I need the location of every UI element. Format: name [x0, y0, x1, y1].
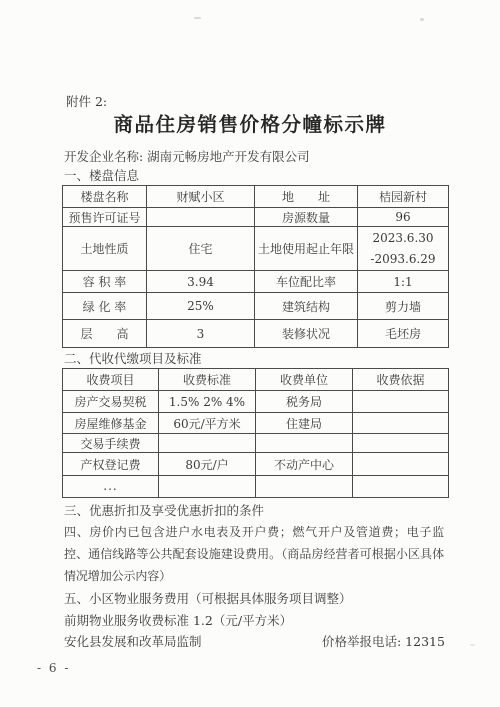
cell-label: 地 址	[255, 186, 358, 208]
cell-label: 预售许可证号	[63, 208, 147, 227]
developer-name-line: 开发企业名称: 湖南元畅房地产开发有限公司	[64, 147, 310, 165]
scan-speck	[194, 17, 201, 19]
section3-heading: 三、优惠折扣及享受优惠折扣的条件	[64, 501, 264, 519]
property-fee-standard-line: 前期物业服务收费标准 1.2（元/平方米）	[64, 611, 292, 629]
cell-label: 装修状况	[255, 320, 358, 348]
cell-value	[147, 208, 255, 227]
cell-label: 层 高	[63, 320, 147, 348]
cell-label: 房源数量	[255, 208, 358, 227]
fee-item: 交易手续费	[63, 434, 159, 453]
table-header-row: 收费项目 收费标准 收费单位 收费依据	[63, 369, 449, 391]
table-row: ...	[63, 476, 449, 498]
price-report-hotline: 价格举报电话: 12315	[322, 632, 445, 650]
section5-heading: 五、小区物业服务费用（可根据具体服务项目调整）	[64, 589, 352, 607]
cell-label: 土地性质	[63, 227, 147, 271]
table-row: 房屋维修基金 60元/平方米 住建局	[63, 413, 449, 434]
page-title: 商品住房销售价格分幢标示牌	[0, 109, 500, 137]
fee-table: 收费项目 收费标准 收费单位 收费依据 房产交易契税 1.5% 2% 4% 税务…	[62, 368, 449, 498]
cell-label: 绿 化 率	[63, 293, 147, 320]
table-row: 预售许可证号 房源数量 96	[63, 208, 449, 227]
cell-value: 毛坯房	[358, 320, 449, 348]
cell-value: 25%	[147, 293, 255, 320]
fee-standard	[159, 476, 256, 498]
cell-value: 财赋小区	[147, 186, 255, 208]
column-header: 收费单位	[256, 369, 353, 391]
fee-standard: 60元/平方米	[159, 413, 256, 434]
fee-basis	[353, 476, 449, 498]
fee-basis	[353, 453, 449, 476]
fee-basis	[353, 413, 449, 434]
scan-speck	[470, 644, 475, 646]
table-row: 土地性质 住宅 土地使用起止年限 2023.6.30 -2093.6.29	[63, 227, 449, 271]
fee-item: 房屋维修基金	[63, 413, 159, 434]
fee-item-ellipsis: ...	[63, 476, 159, 498]
land-term-line1: 2023.6.30	[360, 228, 446, 249]
table-row: 绿 化 率 25% 建筑结构 剪力墙	[63, 293, 449, 320]
fee-basis	[353, 391, 449, 413]
cell-value: 96	[358, 208, 449, 227]
column-header: 收费依据	[353, 369, 449, 391]
cell-value: 1:1	[358, 271, 449, 293]
fee-unit	[256, 434, 353, 453]
fee-unit	[256, 476, 353, 498]
scanned-document-page: 附件 2: 商品住房销售价格分幢标示牌 开发企业名称: 湖南元畅房地产开发有限公…	[0, 0, 500, 707]
table-row: 层 高 3 装修状况 毛坯房	[63, 320, 449, 348]
column-header: 收费项目	[63, 369, 159, 391]
cell-label: 车位配比率	[255, 271, 358, 293]
scan-speck	[420, 18, 424, 21]
building-info-table: 楼盘名称 财赋小区 地 址 桔园新村 预售许可证号 房源数量 96 土地性质 住…	[62, 185, 449, 348]
cell-label: 建筑结构	[255, 293, 358, 320]
section2-heading: 二、代收代缴项目及标准	[64, 349, 202, 367]
fee-standard	[159, 434, 256, 453]
column-header: 收费标准	[159, 369, 256, 391]
cell-label: 土地使用起止年限	[255, 227, 358, 271]
land-term-line2: -2093.6.29	[360, 249, 446, 270]
fee-item: 房产交易契税	[63, 391, 159, 413]
cell-value: 桔园新村	[358, 186, 449, 208]
fee-unit: 不动产中心	[256, 453, 353, 476]
cell-value: 2023.6.30 -2093.6.29	[358, 227, 449, 271]
attachment-label: 附件 2:	[66, 92, 107, 110]
fee-unit: 住建局	[256, 413, 353, 434]
fee-unit: 税务局	[256, 391, 353, 413]
supervising-agency: 安化县发展和改革局监制	[64, 632, 202, 650]
page-number: - 6 -	[37, 661, 70, 675]
cell-label: 容 积 率	[63, 271, 147, 293]
fee-item: 产权登记费	[63, 453, 159, 476]
section4-paragraph: 四、房价内已包含进户水电表及开户费；燃气开户及管道费；电子监控、通信线路等公共配…	[64, 521, 444, 588]
fee-standard: 1.5% 2% 4%	[159, 391, 256, 413]
table-row: 容 积 率 3.94 车位配比率 1:1	[63, 271, 449, 293]
cell-label: 楼盘名称	[63, 186, 147, 208]
table-row: 交易手续费	[63, 434, 449, 453]
cell-value: 剪力墙	[358, 293, 449, 320]
cell-value: 3	[147, 320, 255, 348]
section1-heading: 一、楼盘信息	[64, 166, 139, 184]
table-row: 房产交易契税 1.5% 2% 4% 税务局	[63, 391, 449, 413]
cell-value: 住宅	[147, 227, 255, 271]
table-row: 产权登记费 80元/户 不动产中心	[63, 453, 449, 476]
table-row: 楼盘名称 财赋小区 地 址 桔园新村	[63, 186, 449, 208]
cell-value: 3.94	[147, 271, 255, 293]
fee-basis	[353, 434, 449, 453]
fee-standard: 80元/户	[159, 453, 256, 476]
